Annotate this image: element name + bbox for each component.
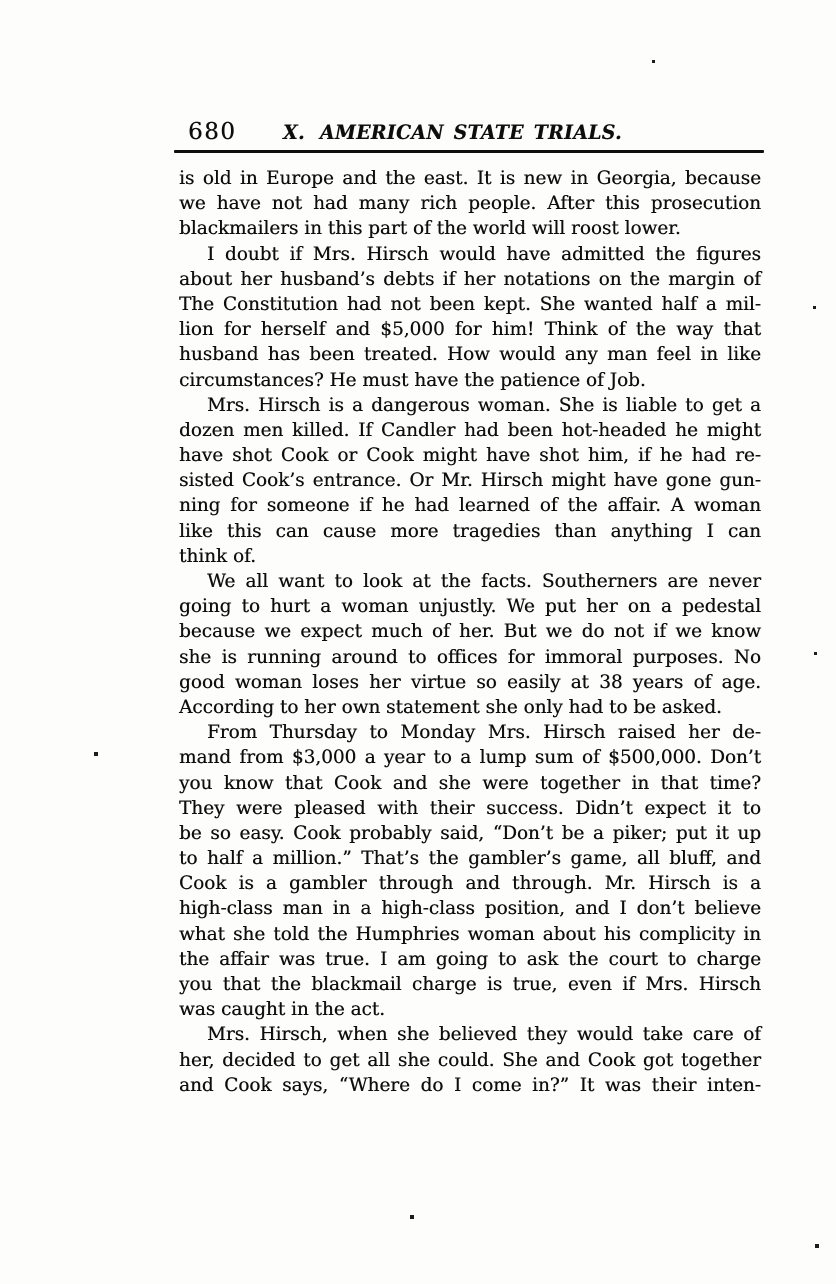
text-line: you know that Cook and she were together…	[179, 771, 761, 796]
text-line: We all want to look at the facts. Southe…	[179, 569, 761, 594]
text-line: is old in Europe and the east. It is new…	[179, 166, 761, 191]
text-line: because we expect much of her. But we do…	[179, 619, 761, 644]
text-line: like this can cause more tragedies than …	[179, 519, 761, 544]
paragraph: From Thursday to Monday Mrs. Hirsch rais…	[179, 720, 761, 1022]
text-line: to half a million.” That’s the gambler’s…	[179, 846, 761, 871]
text-line: lion for herself and $5,000 for him! Thi…	[179, 317, 761, 342]
ink-speck	[94, 752, 98, 756]
text-line: They were pleased with their success. Di…	[179, 796, 761, 821]
text-line: she is running around to offices for imm…	[179, 645, 761, 670]
text-line: According to her own statement she only …	[179, 695, 761, 720]
text-line: was caught in the act.	[179, 997, 761, 1022]
text-line: the affair was true. I am going to ask t…	[179, 947, 761, 972]
paragraph: Mrs. Hirsch, when she believed they woul…	[179, 1022, 761, 1098]
text-line: good woman loses her virtue so easily at…	[179, 670, 761, 695]
paragraph: Mrs. Hirsch is a dangerous woman. She is…	[179, 393, 761, 569]
text-line: have shot Cook or Cook might have shot h…	[179, 443, 761, 468]
paragraph: I doubt if Mrs. Hirsch would have admitt…	[179, 242, 761, 393]
ink-speck	[813, 306, 816, 309]
text-line: think of.	[179, 544, 761, 569]
ink-speck	[815, 1244, 819, 1248]
text-line: Mrs. Hirsch is a dangerous woman. She is…	[179, 393, 761, 418]
text-line: going to hurt a woman unjustly. We put h…	[179, 594, 761, 619]
text-line: about her husband’s debts if her notatio…	[179, 267, 761, 292]
text-line: circumstances? He must have the patience…	[179, 368, 761, 393]
header-rule	[174, 150, 764, 153]
text-line: be so easy. Cook probably said, “Don’t b…	[179, 821, 761, 846]
paragraph: is old in Europe and the east. It is new…	[179, 166, 761, 242]
text-line: you that the blackmail charge is true, e…	[179, 972, 761, 997]
page-text: is old in Europe and the east. It is new…	[179, 166, 761, 1098]
book-title: AMERICAN STATE TRIALS.	[320, 120, 622, 144]
text-line: From Thursday to Monday Mrs. Hirsch rais…	[179, 720, 761, 745]
text-line: what she told the Humphries woman about …	[179, 922, 761, 947]
ink-speck	[410, 1215, 414, 1219]
text-line: high-class man in a high-class position,…	[179, 896, 761, 921]
text-line: her, decided to get all she could. She a…	[179, 1048, 761, 1073]
text-line: The Constitution had not been kept. She …	[179, 292, 761, 317]
text-line: dozen men killed. If Candler had been ho…	[179, 418, 761, 443]
text-line: sisted Cook’s entrance. Or Mr. Hirsch mi…	[179, 468, 761, 493]
ink-speck	[814, 652, 817, 655]
section-numeral: X.	[283, 120, 305, 144]
page-number: 680	[188, 119, 236, 145]
text-line: Cook is a gambler through and through. M…	[179, 871, 761, 896]
text-line: we have not had many rich people. After …	[179, 191, 761, 216]
text-line: ning for someone if he had learned of th…	[179, 493, 761, 518]
text-line: Mrs. Hirsch, when she believed they woul…	[179, 1022, 761, 1047]
text-line: mand from $3,000 a year to a lump sum of…	[179, 745, 761, 770]
scanned-book-page: 680 X.AMERICAN STATE TRIALS. is old in E…	[0, 0, 836, 1284]
running-header: X.AMERICAN STATE TRIALS.	[283, 120, 622, 144]
text-line: and Cook says, “Where do I come in?” It …	[179, 1073, 761, 1098]
ink-speck	[652, 60, 655, 63]
paragraph: We all want to look at the facts. Southe…	[179, 569, 761, 720]
text-line: I doubt if Mrs. Hirsch would have admitt…	[179, 242, 761, 267]
text-line: blackmailers in this part of the world w…	[179, 216, 761, 241]
text-line: husband has been treated. How would any …	[179, 342, 761, 367]
